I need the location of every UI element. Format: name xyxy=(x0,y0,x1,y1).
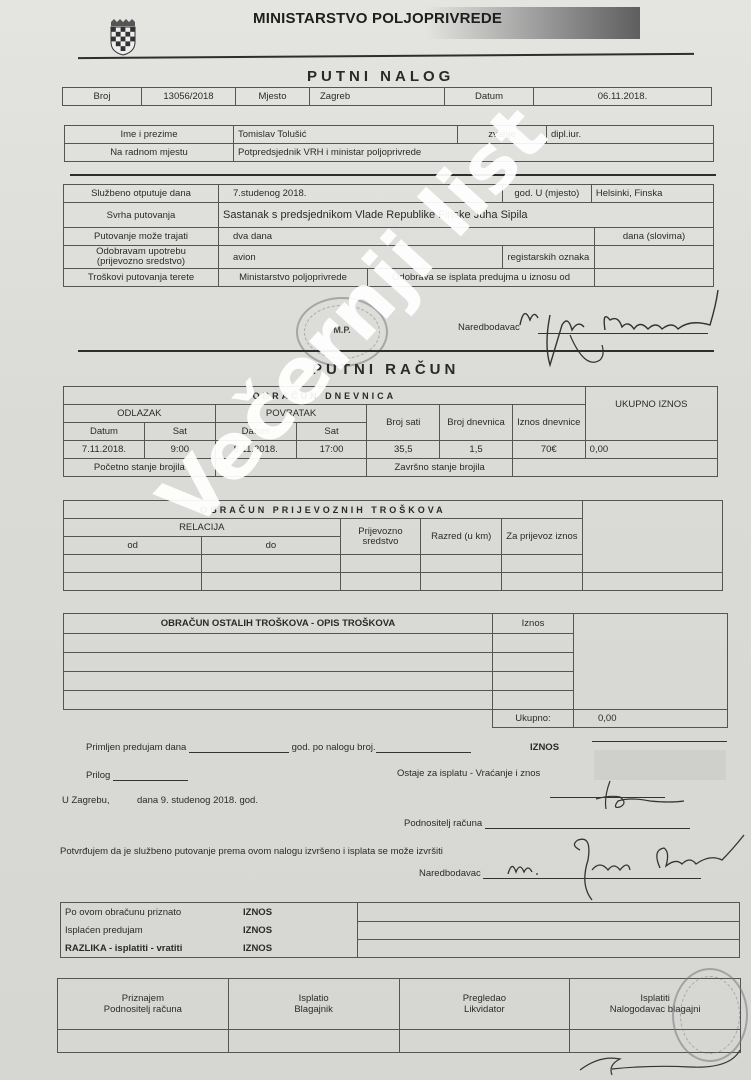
odlazak-label: ODLAZAK xyxy=(64,405,216,423)
ostaje-label: Ostaje za isplatu - Vraćanje i znos xyxy=(397,768,540,779)
summary-value-2 xyxy=(358,939,740,958)
prijevozni-table: OBRAČUN PRIJEVOZNIH TROŠKOVA RELACIJA Pr… xyxy=(63,500,723,591)
podnositelj-blank xyxy=(485,828,690,829)
prijevozni-row-2-od xyxy=(64,573,202,591)
ostali-ukupno-value: 0,00 xyxy=(574,710,728,728)
ostali-ukupno-label: Ukupno: xyxy=(493,710,574,728)
prilog-line: Prilog xyxy=(86,770,188,781)
signature-blank-2 xyxy=(399,1030,570,1053)
broj-sati-label: Broj sati xyxy=(367,405,440,441)
croatian-coat-of-arms-icon xyxy=(108,18,138,56)
mjesto-label: Mjesto xyxy=(236,88,310,106)
signature-blank-0 xyxy=(58,1030,229,1053)
signature-2-line2: Likvidator xyxy=(464,1004,505,1015)
podnositelj-label: Podnositelj računa xyxy=(404,818,482,829)
iznos-predujam-line xyxy=(592,741,727,742)
naredbodavac-signature-top xyxy=(510,285,725,375)
summary-value-0 xyxy=(358,903,740,922)
trajati-label: Putovanje može trajati xyxy=(64,228,219,246)
signature-1-line1: Isplatio xyxy=(299,993,329,1004)
potvrdujem-text: Potvrđujem da je službeno putovanje prem… xyxy=(60,846,443,857)
naredbodavac-label-bottom: Naredbodavac xyxy=(419,868,481,879)
do-label: do xyxy=(202,537,340,555)
zavrsno-value xyxy=(512,459,717,477)
prijevozni-total-cell xyxy=(582,501,722,573)
prijevozni-row-2-do xyxy=(202,573,340,591)
broj-dnevnica-label: Broj dnevnica xyxy=(440,405,513,441)
signature-0-line2: Podnositelj računa xyxy=(104,1004,182,1015)
ostali-title: OBRAČUN OSTALIH TROŠKOVA - OPIS TROŠKOVA xyxy=(64,614,493,634)
prilog-blank xyxy=(113,780,188,781)
signature-0-line1: Priznajem xyxy=(122,993,164,1004)
section-divider xyxy=(70,174,716,176)
prijevoz-iznos-label: Za prijevoz iznos xyxy=(502,519,583,555)
primljen-predujam-line: Primljen predujam dana god. po nalogu br… xyxy=(86,742,471,753)
nalog-header-table: Broj 13056/2018 Mjesto Zagreb Datum 06.1… xyxy=(62,87,712,106)
ostali-row-2-iznos xyxy=(493,653,574,672)
podnositelj-line: Podnositelj računa xyxy=(404,818,690,829)
republic-stamp-inner-ring xyxy=(680,976,740,1054)
otputuje-label: Službeno otputuje dana xyxy=(64,185,219,203)
ime-label: Ime i prezime xyxy=(65,126,234,144)
summary-iznos-0: IZNOS xyxy=(239,903,358,922)
ostali-row-4-iznos xyxy=(493,691,574,710)
summary-label-1: Isplaćen predujam xyxy=(61,921,240,939)
person-table: Ime i prezime Tomislav Tolušić zvanje di… xyxy=(64,125,714,162)
broj-dnevnica-value: 1,5 xyxy=(440,441,513,459)
naredbodavac-signature-bottom xyxy=(500,830,750,910)
summary-table: Po ovom obračunu priznato IZNOS Isplaćen… xyxy=(60,902,740,958)
ukupno-value: 0,00 xyxy=(585,441,717,459)
signature-cell-podnositelj: Priznajem Podnositelj računa xyxy=(58,979,229,1030)
signature-1-line2: Blagajnik xyxy=(294,1004,333,1015)
header-divider xyxy=(78,53,694,59)
ostali-row-1-iznos xyxy=(493,634,574,653)
iznos-dnevnice-value: 70€ xyxy=(512,441,585,459)
summary-label-2: RAZLIKA - isplatiti - vratiti xyxy=(61,939,240,958)
upotreba-label: Odobravam upotrebu (prijevozno sredstvo) xyxy=(64,246,219,269)
prijevozni-title: OBRAČUN PRIJEVOZNIH TROŠKOVA xyxy=(64,501,583,519)
povratak-sat-value: 17:00 xyxy=(296,441,367,459)
prijevozni-row-1-iznos xyxy=(502,555,583,573)
odlazak-datum-value: 7.11.2018. xyxy=(64,441,145,459)
sredstvo-label: Prijevozno sredstvo xyxy=(340,519,421,555)
prijevozni-row-2-iznos xyxy=(502,573,583,591)
razred-label: Razred (u km) xyxy=(421,519,502,555)
ostali-iznos-label: Iznos xyxy=(493,614,574,634)
signature-2-line1: Pregledao xyxy=(463,993,506,1004)
iznos-dnevnice-label: Iznos dnevnice xyxy=(512,405,585,441)
summary-label-0: Po ovom obračunu priznato xyxy=(61,903,240,922)
ministry-title: MINISTARSTVO POLJOPRIVREDE xyxy=(253,10,502,27)
signatures-table: Priznajem Podnositelj računa Isplatio Bl… xyxy=(57,978,741,1053)
registarske-label: registarskih oznaka xyxy=(502,246,594,269)
slovima-label: dana (slovima) xyxy=(595,228,714,246)
ostali-spacer xyxy=(64,710,493,728)
u-zagrebu-label: U Zagrebu, xyxy=(62,795,110,806)
nalog-racun-divider xyxy=(78,350,714,352)
ostali-row-4 xyxy=(64,691,493,710)
putni-nalog-title: PUTNI NALOG xyxy=(307,68,454,85)
prijevozni-row-2-sredstvo xyxy=(340,573,421,591)
god-mjesto-value: Helsinki, Finska xyxy=(591,185,713,203)
ukupno-iznos-label: UKUPNO IZNOS xyxy=(585,387,717,441)
prijevozni-row-2-total xyxy=(582,573,722,591)
prilog-label: Prilog xyxy=(86,770,110,781)
radno-mjesto-label: Na radnom mjestu xyxy=(65,144,234,162)
signature-3-line1: Isplatiti xyxy=(640,993,670,1004)
broj-label: Broj xyxy=(63,88,142,106)
po-nalogu-label: god. po nalogu broj. xyxy=(292,742,376,753)
ime-value: Tomislav Tolušić xyxy=(234,126,458,144)
nalogodavac-signature xyxy=(570,1045,750,1080)
zavrsno-label: Završno stanje brojila xyxy=(367,459,513,477)
broj-value: 13056/2018 xyxy=(142,88,236,106)
svrha-label: Svrha putovanja xyxy=(64,203,219,228)
datum-value: 06.11.2018. xyxy=(534,88,712,106)
mjesto-value: Zagreb xyxy=(310,88,445,106)
upotreba-label-line2: (prijevozno sredstvo) xyxy=(97,256,185,267)
zvanje-value: dipl.iur. xyxy=(547,126,714,144)
prijevozni-row-1-od xyxy=(64,555,202,573)
prijevozni-row-2-razred xyxy=(421,573,502,591)
ostali-row-2 xyxy=(64,653,493,672)
datum-racuna: dana 9. studenog 2018. god. xyxy=(137,795,258,806)
primljen-label: Primljen predujam dana xyxy=(86,742,186,753)
ostali-troskovi-table: OBRAČUN OSTALIH TROŠKOVA - OPIS TROŠKOVA… xyxy=(63,613,728,728)
predujam-value xyxy=(595,269,714,287)
registarske-value xyxy=(595,246,714,269)
ostali-row-3 xyxy=(64,672,493,691)
summary-iznos-2: IZNOS xyxy=(239,939,358,958)
summary-value-1 xyxy=(358,921,740,939)
ostali-total-cell xyxy=(574,614,728,710)
troskovi-label: Troškovi putovanja terete xyxy=(64,269,219,287)
prijevozni-row-1-sredstvo xyxy=(340,555,421,573)
primljen-date-blank xyxy=(189,752,289,753)
odlazak-datum-label: Datum xyxy=(64,423,145,441)
iznos-label-predujam: IZNOS xyxy=(530,742,559,753)
signature-cell-likvidator: Pregledao Likvidator xyxy=(399,979,570,1030)
broj-sati-value: 35,5 xyxy=(367,441,440,459)
podnositelj-signature xyxy=(590,775,690,815)
nalog-broj-blank xyxy=(376,752,471,753)
prijevozni-row-1-razred xyxy=(421,555,502,573)
ostali-row-1 xyxy=(64,634,493,653)
signature-blank-1 xyxy=(228,1030,399,1053)
ostali-row-3-iznos xyxy=(493,672,574,691)
od-label: od xyxy=(64,537,202,555)
prijevozni-row-1-do xyxy=(202,555,340,573)
summary-iznos-1: IZNOS xyxy=(239,921,358,939)
document-page: MINISTARSTVO POLJOPRIVREDE PUTNI NALOG B… xyxy=(0,0,751,1080)
signature-cell-blagajnik: Isplatio Blagajnik xyxy=(228,979,399,1030)
